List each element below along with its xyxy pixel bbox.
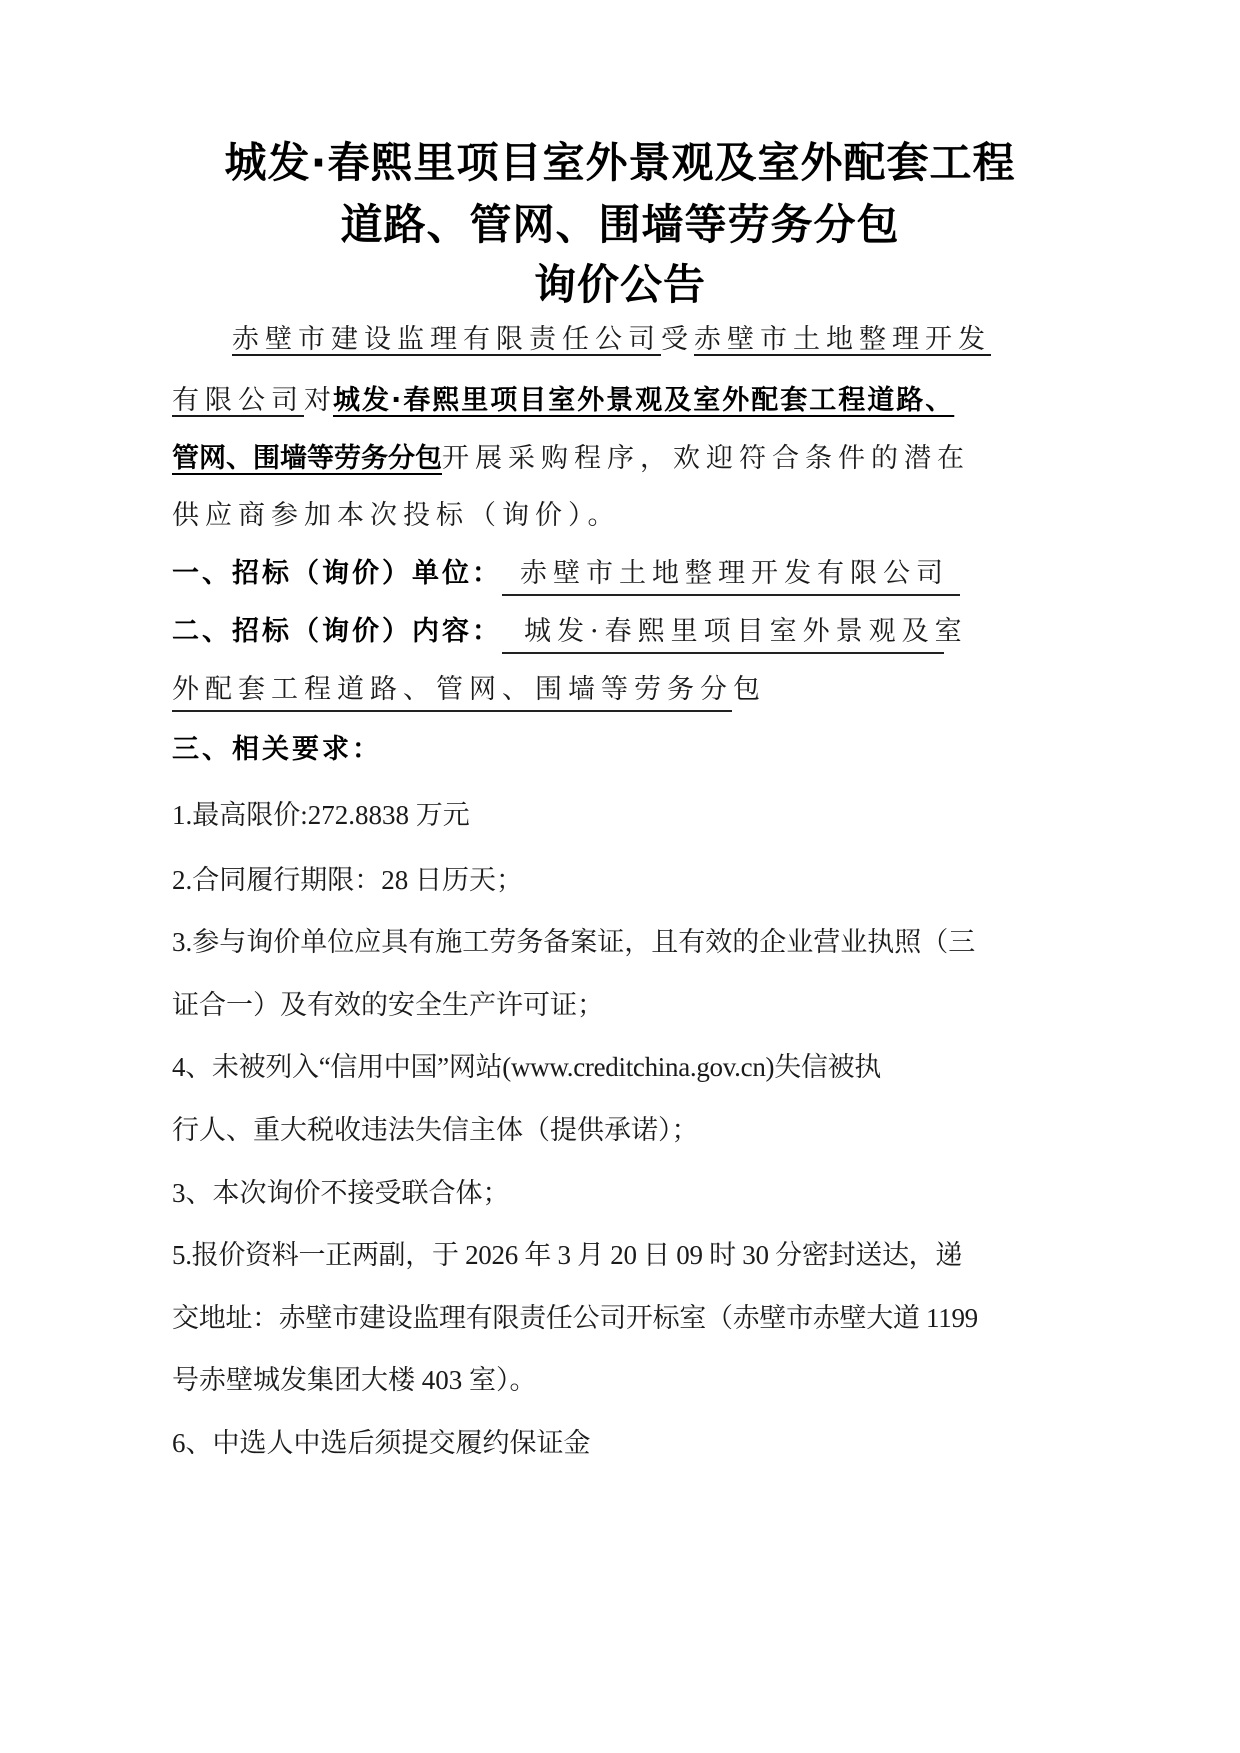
req-item-2: 2.合同履行期限：28 日历天；	[172, 862, 1052, 898]
req-item-1: 1.最高限价:272.8838 万元	[172, 797, 1052, 833]
req-item-6-line-1: 5.报价资料一正两副，于 2026 年 3 月 20 日 09 时 30 分密封…	[172, 1237, 1052, 1273]
project-name-part2: 管网、围墙等劳务分包	[172, 443, 442, 474]
intro-connector-1: 受	[661, 324, 694, 355]
section-2-value-part2: 外配套工程道路、管网、围墙等劳务分包	[172, 672, 732, 712]
intro-line-2: 有限公司对城发·春熙里项目室外景观及室外配套工程道路、	[172, 383, 1052, 419]
title-line-1: 城发·春熙里项目室外景观及室外配套工程	[0, 138, 1240, 188]
req-item-6-line-3: 号赤壁城发集团大楼 403 室）。	[172, 1362, 1052, 1398]
intro-connector-2: 对	[304, 385, 333, 416]
client-name-part1: 赤壁市土地整理开发	[694, 324, 991, 355]
section-1-value: 赤壁市土地整理开发有限公司	[502, 556, 960, 596]
req-item-7: 6、中选人中选后须提交履约保证金	[172, 1425, 1052, 1461]
section-1-label: 一、招标（询价）单位：	[172, 558, 502, 589]
title-line-3: 询价公告	[0, 260, 1240, 310]
req-item-4-line-1: 4、未被列入“信用中国”网站(www.creditchina.gov.cn)失信…	[172, 1049, 1052, 1085]
client-name-part2: 有限公司	[172, 385, 304, 416]
intro-line-1: 赤壁市建设监理有限责任公司受赤壁市土地整理开发	[172, 322, 1112, 358]
section-2-value-part1: 城发·春熙里项目室外景观及室	[502, 614, 944, 654]
agent-name: 赤壁市建设监理有限责任公司	[232, 324, 661, 355]
req-item-3-line-1: 3.参与询价单位应具有施工劳务备案证，且有效的企业营业执照（三	[172, 924, 1052, 960]
section-1: 一、招标（询价）单位：赤壁市土地整理开发有限公司	[172, 556, 1052, 596]
project-name-part1: 城发·春熙里项目室外景观及室外配套工程道路、	[333, 385, 954, 416]
intro-line-3: 管网、围墙等劳务分包开展采购程序，欢迎符合条件的潜在	[172, 441, 1052, 477]
section-2-label: 二、招标（询价）内容：	[172, 616, 502, 647]
document-page: 城发·春熙里项目室外景观及室外配套工程 道路、管网、围墙等劳务分包 询价公告 赤…	[0, 0, 1240, 1753]
req-item-3-line-2: 证合一）及有效的安全生产许可证；	[172, 987, 1052, 1023]
intro-line-4: 供应商参加本次投标（询价）。	[172, 498, 1052, 534]
req-item-6-line-2: 交地址：赤壁市建设监理有限责任公司开标室（赤壁市赤壁大道 1199	[172, 1300, 1052, 1336]
intro-tail-1: 开展采购程序，欢迎符合条件的潜在	[442, 443, 970, 474]
title-line-2: 道路、管网、围墙等劳务分包	[0, 200, 1240, 250]
req-item-4-line-2: 行人、重大税收违法失信主体（提供承诺）；	[172, 1112, 1052, 1148]
section-2-line-2: 外配套工程道路、管网、围墙等劳务分包	[172, 672, 1052, 712]
section-3-label: 三、相关要求：	[172, 732, 1052, 768]
req-item-5: 3、本次询价不接受联合体；	[172, 1175, 1052, 1211]
section-2-line-1: 二、招标（询价）内容：城发·春熙里项目室外景观及室	[172, 614, 1052, 654]
